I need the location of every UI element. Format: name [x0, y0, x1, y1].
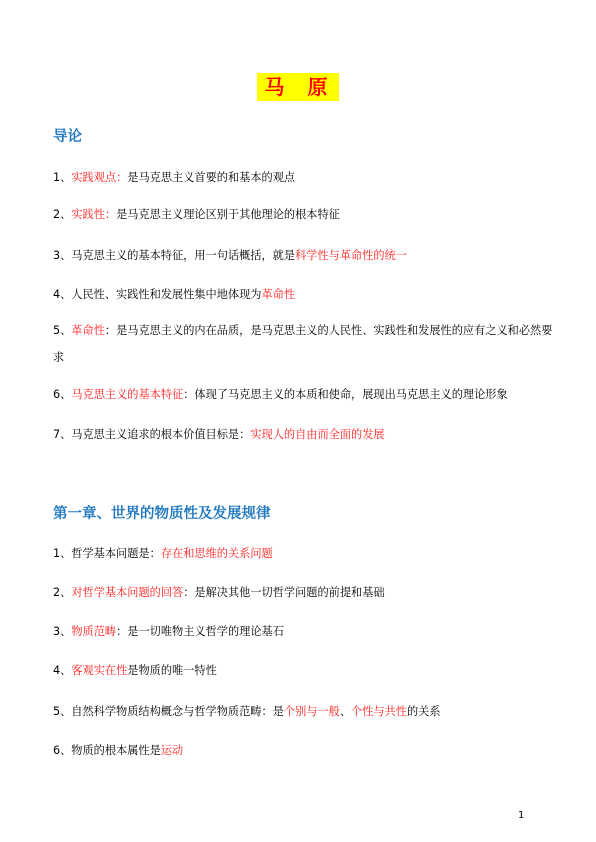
- section-heading-chapter-1: 第一章、世界的物质性及发展规律: [53, 504, 271, 524]
- item-text: 1、: [53, 171, 71, 184]
- item-text: 5、自然科学物质结构概念与哲学物质范畴：是: [53, 705, 284, 718]
- item-text: 2、: [53, 586, 71, 599]
- item-text: 是物质的唯一特性: [127, 664, 217, 677]
- item-text: 4、人民性、实践性和发展性集中地体现为: [53, 288, 262, 301]
- list-item: 5、革命性：是马克思主义的内在品质，是马克思主义的人民性、实践性和发展性的应有之…: [53, 317, 553, 371]
- list-item: 4、客观实在性是物质的唯一特性: [53, 661, 553, 681]
- item-highlight: 实践性：: [71, 208, 116, 221]
- item-highlight: 物质范畴: [71, 625, 116, 638]
- item-highlight: 对哲学基本问题的回答: [71, 586, 183, 599]
- item-text: 是马克思主义理论区别于其他理论的根本特征: [116, 208, 340, 221]
- item-highlight: 个别与一般: [284, 705, 340, 718]
- section-heading-intro: 导论: [53, 127, 82, 147]
- item-text: 6、物质的根本属性是: [53, 744, 161, 757]
- item-highlight: 科学性与革命性的统一: [295, 249, 407, 262]
- item-text: 6、: [53, 388, 71, 401]
- item-text: 是马克思主义首要的和基本的观点: [127, 171, 295, 184]
- item-text: ：是一切唯物主义哲学的理论基石: [116, 625, 284, 638]
- item-text: ：是马克思主义的内在品质，是马克思主义的人民性、实践性和发展性的应有之义和必然要…: [53, 324, 552, 364]
- item-highlight: 马克思主义的基本特征: [71, 388, 183, 401]
- list-item: 2、对哲学基本问题的回答：是解决其他一切哲学问题的前提和基础: [53, 583, 553, 603]
- item-highlight: 存在和思维的关系问题: [161, 547, 273, 560]
- list-item: 3、物质范畴：是一切唯物主义哲学的理论基石: [53, 622, 553, 642]
- item-highlight: 客观实在性: [71, 664, 127, 677]
- list-item: 5、自然科学物质结构概念与哲学物质范畴：是个别与一般、个性与共性的关系: [53, 702, 553, 722]
- page-number: 1: [518, 810, 524, 821]
- item-text: 5、: [53, 324, 71, 337]
- title-wrap: 马 原: [0, 73, 596, 101]
- list-item: 1、哲学基本问题是：存在和思维的关系问题: [53, 544, 553, 564]
- list-item: 6、马克思主义的基本特征：体现了马克思主义的本质和使命，展现出马克思主义的理论形…: [53, 385, 553, 405]
- item-text: 1、哲学基本问题是：: [53, 547, 161, 560]
- item-highlight: 实践观点：: [71, 171, 127, 184]
- item-text: 4、: [53, 664, 71, 677]
- item-highlight: 个性与共性: [351, 705, 407, 718]
- item-text: 2、: [53, 208, 71, 221]
- item-text: 的关系: [407, 705, 441, 718]
- item-text: 7、马克思主义追求的根本价值目标是：: [53, 428, 250, 441]
- item-highlight: 革命性: [262, 288, 296, 301]
- list-item: 1、实践观点：是马克思主义首要的和基本的观点: [53, 168, 553, 188]
- item-highlight: 革命性: [71, 324, 105, 337]
- document-title: 马 原: [257, 73, 340, 101]
- list-item: 3、马克思主义的基本特征，用一句话概括，就是科学性与革命性的统一: [53, 246, 553, 266]
- list-item: 7、马克思主义追求的根本价值目标是：实现人的自由而全面的发展: [53, 425, 553, 445]
- item-text: 3、: [53, 625, 71, 638]
- item-text: ：是解决其他一切哲学问题的前提和基础: [183, 586, 384, 599]
- list-item: 2、实践性：是马克思主义理论区别于其他理论的根本特征: [53, 205, 553, 225]
- item-text: ：体现了马克思主义的本质和使命，展现出马克思主义的理论形象: [183, 388, 507, 401]
- item-text: 、: [340, 705, 351, 718]
- list-item: 6、物质的根本属性是运动: [53, 741, 553, 761]
- item-text: 3、马克思主义的基本特征，用一句话概括，就是: [53, 249, 295, 262]
- item-highlight: 运动: [161, 744, 183, 757]
- list-item: 4、人民性、实践性和发展性集中地体现为革命性: [53, 285, 553, 305]
- item-highlight: 实现人的自由而全面的发展: [250, 428, 384, 441]
